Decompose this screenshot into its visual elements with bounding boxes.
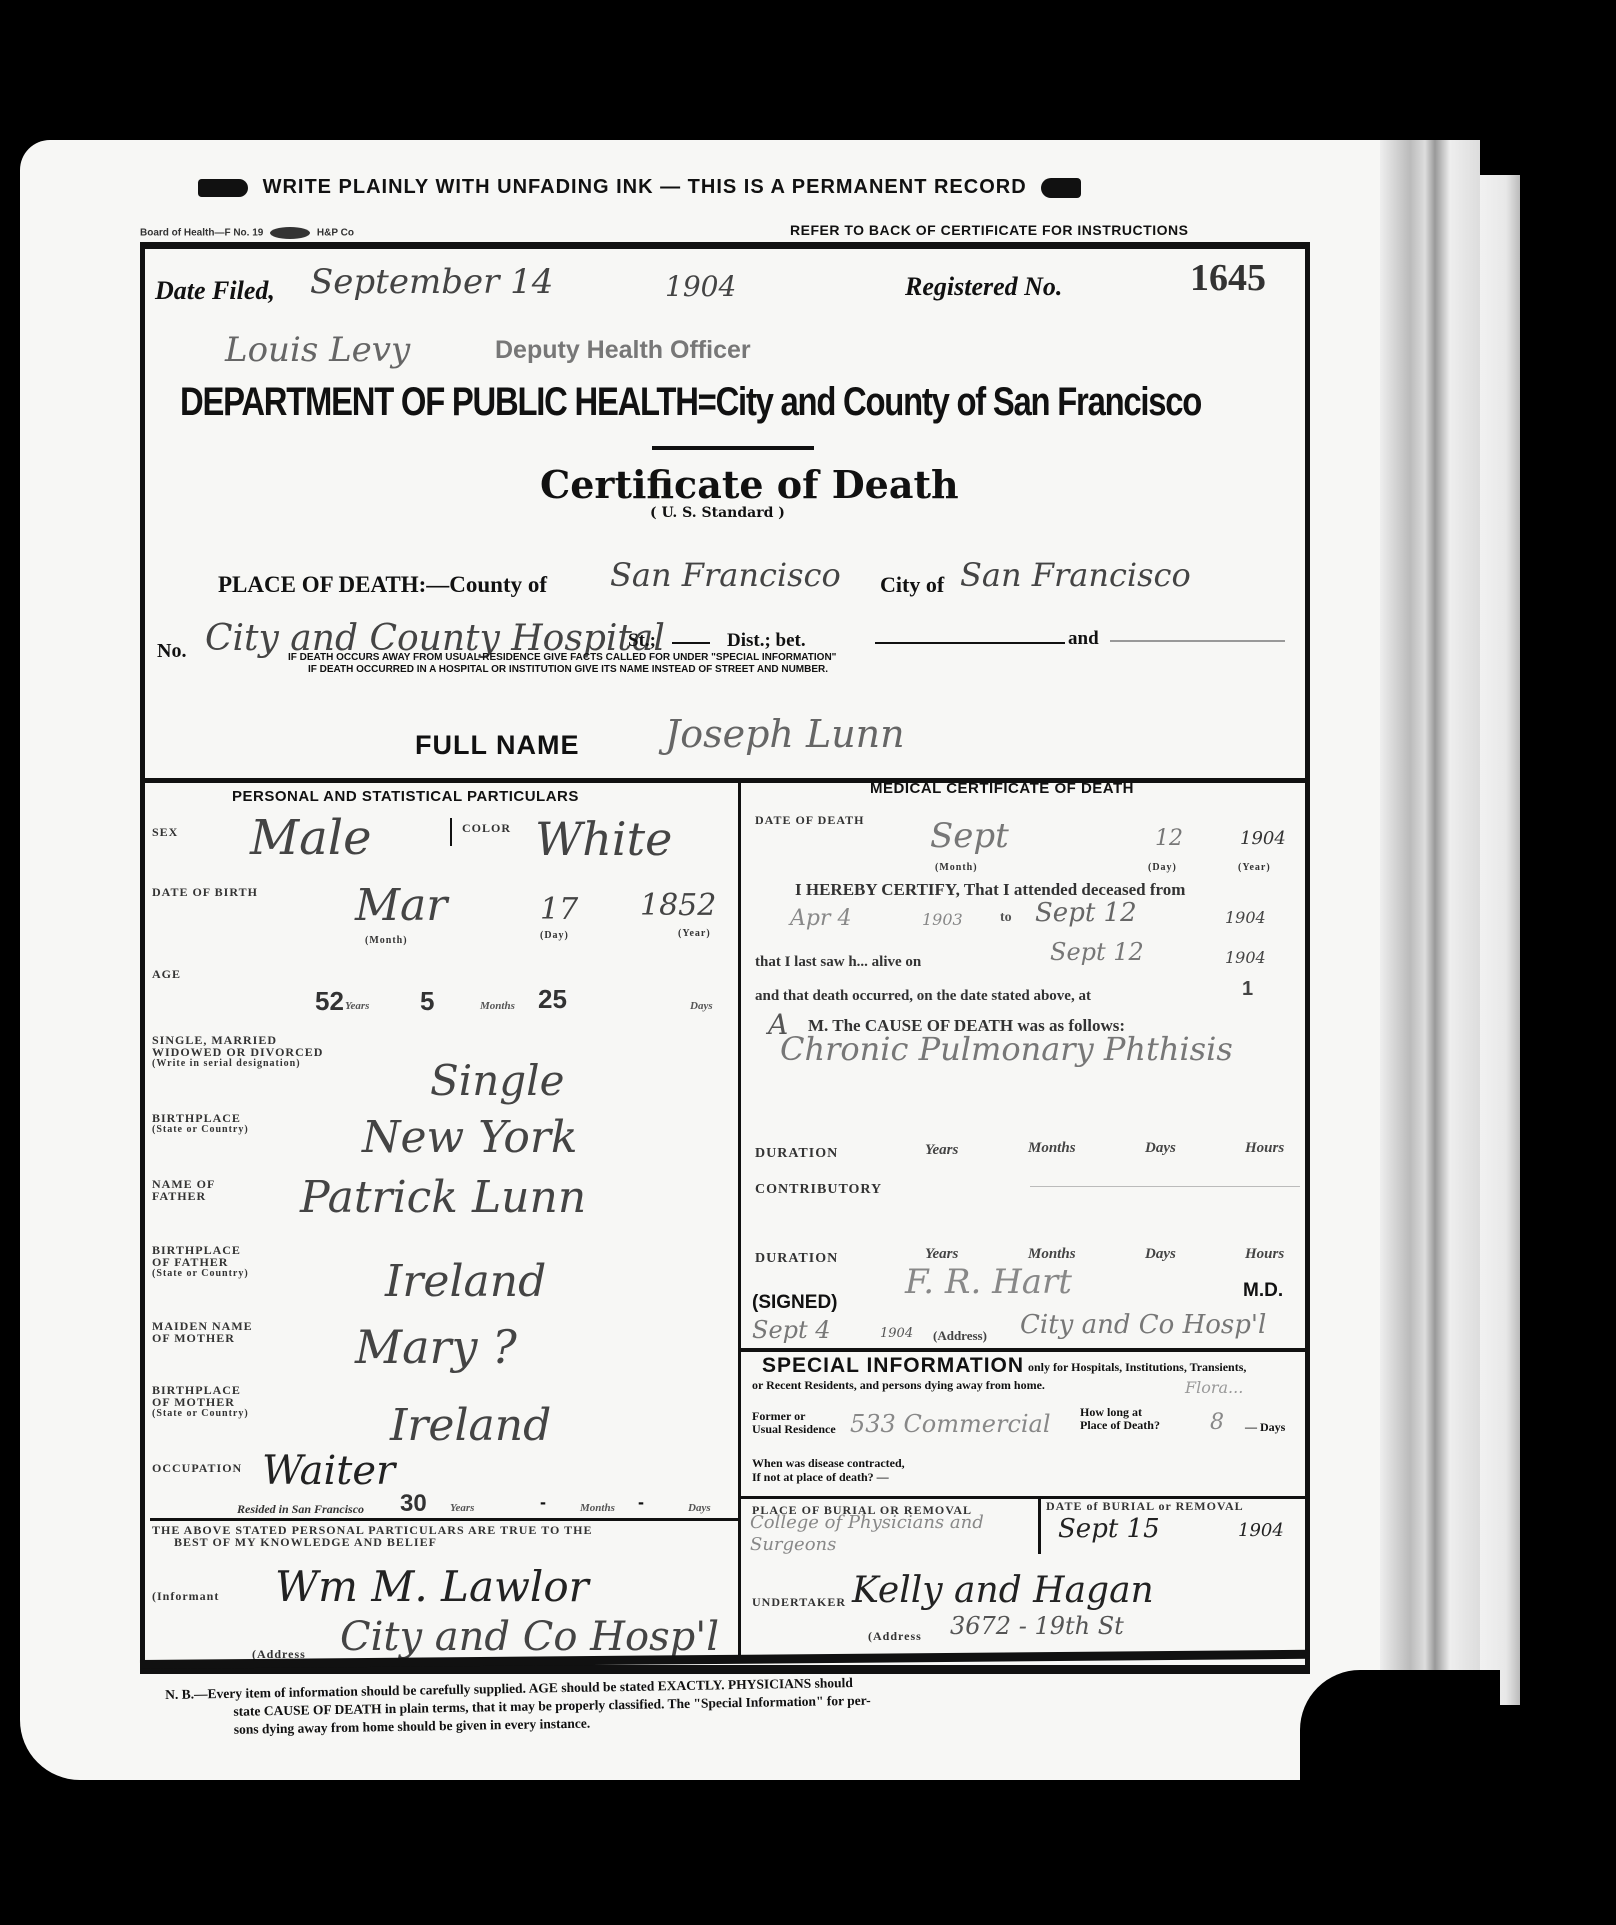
- attest-divider: [150, 1518, 738, 1521]
- how-long-value[interactable]: 8: [1210, 1410, 1224, 1435]
- duration2-years-caption: Years: [925, 1246, 958, 1263]
- full-name-value[interactable]: Joseph Lunn: [665, 712, 905, 756]
- birthplace-value[interactable]: New York: [362, 1112, 578, 1163]
- age-days[interactable]: 25: [538, 984, 567, 1015]
- attest-text: THE ABOVE STATED PERSONAL PARTICULARS AR…: [152, 1524, 592, 1548]
- attended-from-year[interactable]: 1903: [922, 910, 963, 929]
- mother-value[interactable]: Mary ?: [355, 1320, 517, 1374]
- certificate-title: Certificate of Death: [540, 462, 959, 507]
- attended-to-year[interactable]: 1904: [1225, 908, 1266, 927]
- marital-value[interactable]: Single: [430, 1056, 564, 1105]
- attended-from[interactable]: Apr 4: [790, 906, 851, 931]
- city-value[interactable]: San Francisco: [960, 556, 1191, 594]
- last-saw[interactable]: Sept 12: [1050, 938, 1144, 966]
- city-label: City of: [880, 572, 944, 598]
- color-label: COLOR: [462, 822, 511, 834]
- father-label-2: FATHER: [152, 1190, 215, 1202]
- place-note-2: IF DEATH OCCURRED IN A HOSPITAL OR INSTI…: [288, 664, 836, 676]
- resided-years-caption: Years: [450, 1502, 474, 1514]
- contracted-label: When was disease contracted, If not at p…: [752, 1456, 905, 1484]
- banner-text: WRITE PLAINLY WITH UNFADING INK — THIS I…: [263, 176, 1027, 198]
- father-birthplace-value[interactable]: Ireland: [385, 1256, 546, 1307]
- signed-year[interactable]: 1904: [880, 1326, 913, 1341]
- attended-to[interactable]: Sept 12: [1035, 898, 1137, 928]
- personal-heading: PERSONAL AND STATISTICAL PARTICULARS: [232, 788, 579, 805]
- burial-year-value[interactable]: 1904: [1238, 1520, 1284, 1541]
- district-label: Dist.; bet.: [727, 630, 806, 652]
- date-filed-value[interactable]: September 14: [310, 262, 553, 302]
- informant-address-value[interactable]: City and Co Hosp'l: [340, 1614, 719, 1660]
- father-birthplace-label-2: OF FATHER: [152, 1256, 249, 1268]
- dod-day[interactable]: 12: [1155, 826, 1183, 851]
- dod-month-caption: (Month): [935, 862, 978, 874]
- last-saw-year[interactable]: 1904: [1225, 948, 1266, 967]
- pointing-hand-icon: [1041, 178, 1081, 198]
- duration-years-caption: Years: [925, 1142, 958, 1159]
- father-birthplace-label: BIRTHPLACE OF FATHER (State or Country): [152, 1244, 249, 1280]
- scan-shadow: [1300, 1670, 1500, 1800]
- duration2-months-caption: Months: [1028, 1246, 1076, 1263]
- mother-birthplace-value[interactable]: Ireland: [390, 1400, 551, 1451]
- special-extra-note: Flora...: [1185, 1378, 1243, 1397]
- dob-month[interactable]: Mar: [355, 880, 447, 931]
- resided-days[interactable]: -: [638, 1492, 644, 1513]
- informant-label: (Informant: [152, 1590, 219, 1602]
- resided-months[interactable]: -: [540, 1492, 546, 1513]
- no-label: No.: [157, 640, 186, 663]
- sex-label: SEX: [152, 826, 178, 838]
- duration-days-caption: Days: [1145, 1140, 1176, 1157]
- registered-no-value[interactable]: 1645: [1190, 256, 1266, 300]
- mother-birthplace-label: BIRTHPLACE OF MOTHER (State or Country): [152, 1384, 249, 1420]
- informant-value[interactable]: Wm M. Lawlor: [275, 1562, 589, 1611]
- signed-date[interactable]: Sept 4: [752, 1316, 831, 1344]
- signed-address[interactable]: City and Co Hosp'l: [1020, 1310, 1266, 1340]
- permanent-record-banner: WRITE PLAINLY WITH UNFADING INK — THIS I…: [190, 176, 1089, 199]
- special-divider: [740, 1348, 1305, 1352]
- age-months[interactable]: 5: [420, 986, 434, 1017]
- duration2-hours-caption: Hours: [1245, 1246, 1284, 1263]
- mother-label-2: OF MOTHER: [152, 1332, 253, 1344]
- registered-no-label: Registered No.: [905, 272, 1062, 302]
- street-label: St.;: [628, 630, 656, 652]
- date-filed-year[interactable]: 1904: [665, 270, 736, 303]
- contributory-line[interactable]: [1030, 1186, 1300, 1187]
- undertaker-value[interactable]: Kelly and Hagan: [852, 1570, 1154, 1611]
- certify-text: I HEREBY CERTIFY, That I attended deceas…: [795, 880, 1185, 900]
- special-note-2: or Recent Residents, and persons dying a…: [752, 1378, 1045, 1393]
- department-title: DEPARTMENT OF PUBLIC HEALTH=City and Cou…: [180, 380, 1201, 425]
- occupation-value[interactable]: Waiter: [262, 1448, 395, 1494]
- us-standard-subtitle: ( U. S. Standard ): [650, 505, 785, 521]
- place-instructions: IF DEATH OCCURS AWAY FROM USUAL RESIDENC…: [288, 652, 836, 676]
- contracted-label-1: When was disease contracted,: [752, 1456, 905, 1470]
- dob-year[interactable]: 1852: [640, 888, 716, 923]
- dob-label: DATE OF BIRTH: [152, 886, 258, 898]
- column-divider: [738, 780, 741, 1660]
- dob-year-caption: (Year): [678, 928, 711, 940]
- officer-signature: Louis Levy: [225, 330, 410, 370]
- form-number-text: Board of Health—F No. 19: [140, 228, 263, 239]
- special-note-1: only for Hospitals, Institutions, Transi…: [1028, 1360, 1246, 1375]
- undertaker-address-label: (Address: [868, 1630, 922, 1642]
- mother-birthplace-label-3: (State or Country): [152, 1408, 249, 1420]
- father-birthplace-label-3: (State or Country): [152, 1268, 249, 1280]
- burial-column-divider: [1038, 1496, 1041, 1554]
- age-years-caption: Years: [345, 1000, 369, 1012]
- cause-value[interactable]: Chronic Pulmonary Phthisis: [780, 1030, 1233, 1068]
- form-number: Board of Health—F No. 19 H&P Co: [140, 227, 354, 239]
- color-value[interactable]: White: [535, 812, 672, 866]
- birthplace-label-1: BIRTHPLACE: [152, 1112, 249, 1124]
- title-divider: [652, 446, 814, 450]
- date-filed-label: Date Filed,: [155, 276, 275, 306]
- officer-title: Deputy Health Officer: [495, 336, 751, 365]
- sex-value[interactable]: Male: [250, 810, 372, 866]
- pointing-hand-icon: [198, 179, 248, 197]
- residence-label-2: Usual Residence: [752, 1423, 836, 1436]
- occurred-text: and that death occurred, on the date sta…: [755, 988, 1091, 1005]
- resided-months-caption: Months: [580, 1502, 615, 1514]
- how-long-label: How long at Place of Death?: [1080, 1406, 1160, 1432]
- and-line[interactable]: [1110, 640, 1285, 642]
- residence-value[interactable]: 533 Commercial: [850, 1410, 1051, 1438]
- district-line[interactable]: [875, 642, 1065, 644]
- dod-month[interactable]: Sept: [930, 816, 1009, 856]
- dob-day[interactable]: 17: [540, 892, 578, 927]
- duration2-days-caption: Days: [1145, 1246, 1176, 1263]
- mother-label: MAIDEN NAME OF MOTHER: [152, 1320, 253, 1344]
- how-long-unit: — Days: [1245, 1420, 1285, 1435]
- full-name-label: FULL NAME: [415, 730, 580, 761]
- place-of-death-label: PLACE OF DEATH:—County of: [218, 572, 547, 598]
- instructions-note: REFER TO BACK OF CERTIFICATE FOR INSTRUC…: [790, 222, 1188, 238]
- signed-value[interactable]: F. R. Hart: [905, 1262, 1072, 1302]
- to-label: to: [1000, 910, 1012, 926]
- dob-day-caption: (Day): [540, 930, 569, 942]
- marital-label-3: (Write in serial designation): [152, 1058, 323, 1070]
- age-label: AGE: [152, 968, 181, 980]
- sex-color-divider: [450, 818, 452, 846]
- birthplace-label: BIRTHPLACE (State or Country): [152, 1112, 249, 1136]
- dod-day-caption: (Day): [1148, 862, 1177, 874]
- signed-address-label: (Address): [933, 1328, 987, 1344]
- duration-hours-caption: Hours: [1245, 1140, 1284, 1157]
- dod-year[interactable]: 1904: [1240, 828, 1286, 849]
- duration-label-2: DURATION: [755, 1253, 838, 1265]
- dob-month-caption: (Month): [365, 935, 408, 947]
- death-hour[interactable]: 1: [1242, 978, 1253, 1001]
- county-value[interactable]: San Francisco: [610, 556, 841, 594]
- signed-label: (SIGNED): [752, 1292, 838, 1314]
- age-days-caption: Days: [690, 1000, 713, 1012]
- undertaker-label: UNDERTAKER: [752, 1596, 846, 1608]
- burial-place-value[interactable]: College of Physicians and Surgeons: [750, 1512, 1035, 1556]
- resided-days-caption: Days: [688, 1502, 711, 1514]
- dod-year-caption: (Year): [1238, 862, 1271, 874]
- burial-date-value[interactable]: Sept 15: [1058, 1514, 1160, 1544]
- special-heading: SPECIAL INFORMATION: [762, 1354, 1024, 1378]
- contracted-label-2: If not at place of death? —: [752, 1470, 905, 1484]
- marital-label: SINGLE, MARRIED WIDOWED OR DIVORCED (Wri…: [152, 1034, 323, 1070]
- father-value[interactable]: Patrick Lunn: [300, 1172, 586, 1223]
- date-of-death-label: DATE OF DEATH: [755, 814, 864, 826]
- duration-months-caption: Months: [1028, 1140, 1076, 1157]
- and-label: and: [1068, 628, 1099, 650]
- duration-label: DURATION: [755, 1148, 838, 1160]
- medical-heading: MEDICAL CERTIFICATE OF DEATH: [870, 780, 1134, 797]
- attest-line-2: BEST OF MY KNOWLEDGE AND BELIEF: [152, 1536, 592, 1548]
- mother-birthplace-label-2: OF MOTHER: [152, 1396, 249, 1408]
- place-note-1: IF DEATH OCCURS AWAY FROM USUAL RESIDENC…: [288, 652, 836, 664]
- street-dash: [672, 642, 710, 644]
- printer-mark: H&P Co: [317, 228, 354, 239]
- contributory-label: CONTRIBUTORY: [755, 1184, 882, 1196]
- occupation-label: OCCUPATION: [152, 1462, 242, 1474]
- undertaker-address-value[interactable]: 3672 - 19th St: [950, 1612, 1124, 1640]
- how-long-label-2: Place of Death?: [1080, 1419, 1160, 1432]
- resided-years[interactable]: 30: [400, 1490, 427, 1518]
- resided-label: Resided in San Francisco: [237, 1502, 364, 1517]
- father-label: NAME OF FATHER: [152, 1178, 215, 1202]
- residence-label: Former or Usual Residence: [752, 1410, 836, 1436]
- burial-date-label: DATE of BURIAL or REMOVAL: [1046, 1500, 1244, 1512]
- last-saw-label: that I last saw h... alive on: [755, 954, 921, 971]
- seal-icon: [270, 227, 310, 239]
- age-years[interactable]: 52: [315, 986, 344, 1017]
- md-label: M.D.: [1243, 1280, 1283, 1302]
- book-binding-edge: [1380, 140, 1480, 1740]
- marital-label-2: WIDOWED OR DIVORCED: [152, 1046, 323, 1058]
- age-months-caption: Months: [480, 1000, 515, 1012]
- birthplace-label-2: (State or Country): [152, 1124, 249, 1136]
